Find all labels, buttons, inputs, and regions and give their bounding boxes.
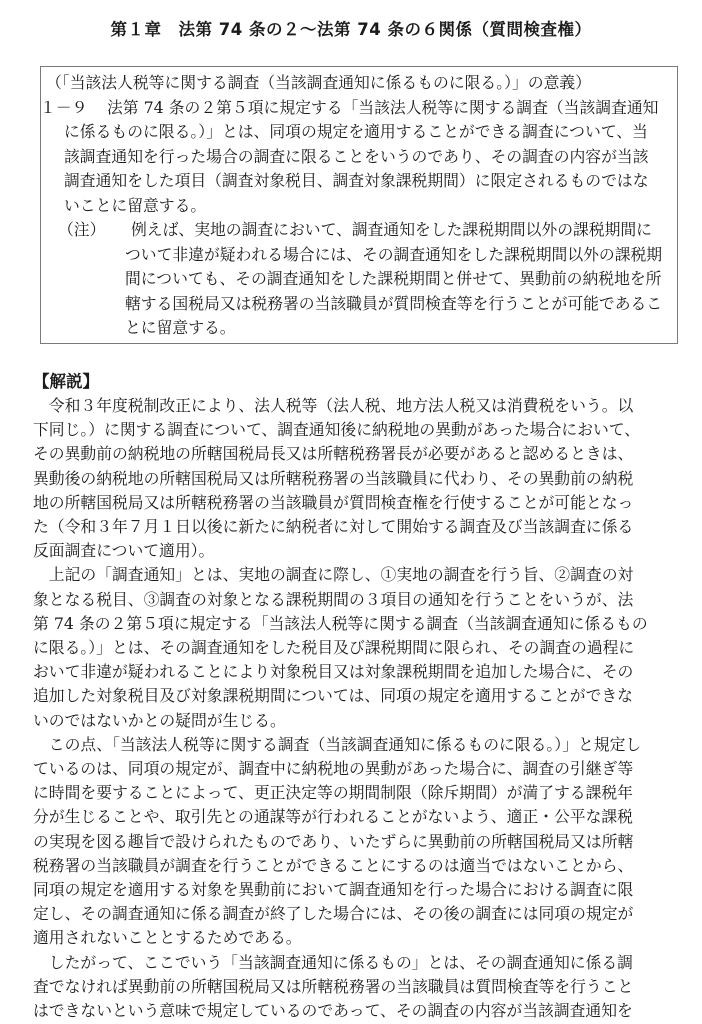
commentary-line: 定し、その調査通知に係る調査が終了した場合には、その後の調査には同項の規定が [33,903,633,925]
provision-line: 該調査通知を行った場合の調査に限ることをいうのであり、その調査の内容が当該 [64,146,649,168]
chapter-title: 第１章 法第 74 条の２～法第 74 条の６関係（質問検査権） [0,16,702,40]
commentary-line: 上記の「調査通知」とは、実地の調査に際し、①実地の調査を行う旨、②調査の対 [33,564,633,586]
commentary-line: ているのは、同項の規定が、調査中に納税地の異動があった場合に、調査の引継ぎ等 [33,758,633,780]
note-line: 例えば、実地の調査において、調査通知をした課税期間以外の課税期間に [131,219,652,241]
commentary-line: 査でなければ異動前の所轄国税局又は所轄税務署の当該職員は質問検査等を行うこと [33,976,633,998]
commentary-line: はできないという意味で規定しているのであって、その調査の内容が当該調査通知を [33,1000,633,1022]
commentary-line: おいて非違が疑われることにより対象税目又は対象課税期間を追加した場合に、その [33,661,633,683]
commentary-line: に時間を要することによって、更正決定等の期間制限（除斥期間）が満了する課税年 [33,782,633,804]
note-line: とに留意する。 [125,317,236,339]
note-line: 間についても、その調査通知をした課税期間と併せて、異動前の納税地を所 [125,268,661,290]
provision-line: に係るものに限る。）」とは、同項の規定を適用することができる調査について、当 [64,121,648,143]
commentary-line: 第 74 条の２第５項に規定する「当該法人税等に関する調査（当該調査通知に係るも… [33,613,648,635]
commentary-line: その異動前の納税地の所轄国税局長又は所轄税務署長が必要があると認めるときは、 [33,443,633,465]
commentary-line: 分が生じることや、取引先との通謀等が行われることがないよう、適正・公平な課税 [33,806,633,828]
commentary-line: 税務署の当該職員が調査を行うことができることにするのは適当ではないことから、 [33,855,633,877]
note-line: ついて非違が疑われる場合には、その調査通知をした課税期間以外の課税期 [125,244,662,266]
commentary-line: の実現を図る趣旨で設けられたものであり、いたずらに異動前の所轄国税局又は所轄 [33,831,633,853]
provision-heading: （「当該法人税等に関する調査（当該調査通知に係るものに限る。）」の意義） [46,72,591,94]
commentary-line: 異動後の納税地の所轄国税局又は所轄税務署の当該職員に代わり、その異動前の納税 [33,468,633,490]
commentary-line: た（令和３年７月１日以後に新たに納税者に対して開始する調査及び当該調査に係る [33,516,633,538]
provision-line: いことに留意する。 [64,195,206,217]
commentary-line: 同項の規定を適用する対象を異動前において調査通知を行った場合における調査に限 [33,879,633,901]
commentary-line: 適用されないこととするためである。 [33,927,302,949]
commentary-line: 追加した対象税目及び対象課税期間については、同項の規定を適用することができな [33,685,633,707]
commentary-line: 下同じ。）に関する調査について、調査通知後に納税地の異動があった場合において、 [33,419,640,441]
commentary-line: 地の所轄国税局又は所轄税務署の当該職員が質問検査権を行使することが可能となっ [33,492,633,514]
commentary-line: に限る。）」とは、その調査通知をした税目及び課税期間に限られ、その調査の過程に [33,637,634,659]
commentary-line: 令和３年度税制改正により、法人税等（法人税、地方法人税又は消費税をいう。以 [33,395,633,417]
note-line: 轄する国税局又は税務署の当該職員が質問検査等を行うことが可能であるこ [125,293,662,315]
note-label: （注） [58,219,105,241]
commentary-line: いのではないかとの疑問が生じる。 [33,710,286,732]
commentary-heading: 【解説】 [33,369,99,395]
commentary-line: したがって、ここでいう「当該調査通知に係るもの」とは、その調査通知に係る調 [33,952,633,974]
provision-line: 調査通知をした項目（調査対象税目、調査対象課税期間）に限定されるものではな [64,170,649,192]
commentary-line: この点、「当該法人税等に関する調査（当該調査通知に係るものに限る。）」と規定し [33,734,641,756]
commentary-line: 反面調査について適用）。 [33,540,214,562]
provision-line: 法第 74 条の２第５項に規定する「当該法人税等に関する調査（当該調査通知 [107,97,658,119]
provision-item-number: １－９ [40,97,87,119]
commentary-line: 象となる税目、③調査の対象となる課税期間の３項目の通知を行うことをいうが、法 [33,589,633,611]
